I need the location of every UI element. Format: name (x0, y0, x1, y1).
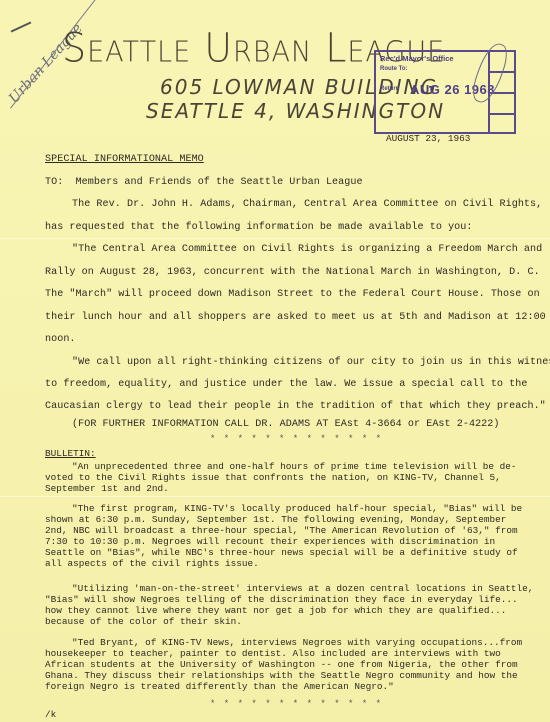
bulletin-p3-line: "Utilizing 'man-on-the-street' interview… (72, 583, 533, 594)
bulletin-p1-line: "An unprecedented three and one-half hou… (72, 461, 516, 472)
memo-heading: SPECIAL INFORMATIONAL MEMO (45, 154, 204, 165)
bulletin-p2-line: "The first program, KING-TV's locally pr… (72, 503, 522, 514)
bulletin-p2-line: all aspects of the civil rights issue. (45, 558, 259, 569)
to-recipients: Members and Friends of the Seattle Urban… (76, 177, 363, 188)
quote1-line: Rally on August 28, 1963, concurrent wit… (45, 267, 540, 278)
bulletin-p3-line: how they cannot live where they want nor… (45, 605, 506, 616)
bulletin-p4-line: housekeeper to teacher, painter to denti… (45, 648, 501, 659)
bulletin-p4-line: African students at the University of Wa… (45, 659, 518, 670)
bulletin-p1-line: September 1st and 2nd. (45, 483, 169, 494)
bulletin-p2-line: 7:30 to 10:30 p.m. Negroes will recount … (45, 536, 495, 547)
stamp-office: Rec'd Mayor's Office (380, 54, 454, 63)
end-separator-stars: * * * * * * * * * * * * * (210, 699, 383, 709)
bulletin-p4-line: foreign Negro is treated differently tha… (45, 681, 394, 692)
bulletin-p1-line: voted to the Civil Rights issue that con… (45, 472, 501, 483)
memo-page: Urban League Seattle Urban League 605 LO… (0, 0, 550, 722)
quote1-line: The "March" will proceed down Madison St… (45, 289, 540, 300)
memo-date: AUGUST 23, 1963 (386, 133, 470, 144)
bulletin-p4-line: "Ted Bryant, of KING-TV News, interviews… (72, 637, 522, 648)
bulletin-p3-line: because of the color of their skin. (45, 616, 242, 627)
bulletin-p3-line: "Bias" will show Negroes telling of the … (45, 594, 518, 605)
stamp-return: Return (380, 86, 399, 92)
quote2-line: to freedom, equality, and justice under … (45, 379, 527, 390)
quote1-line: "The Central Area Committee on Civil Rig… (72, 244, 542, 255)
typist-initials: /k (45, 709, 56, 720)
separator-stars: * * * * * * * * * * * * * (210, 434, 383, 444)
stamp-route-to: Route To: (380, 66, 408, 72)
quote1-line: their lunch hour and all shoppers are as… (45, 312, 546, 323)
quote2-line: Caucasian clergy to lead their people in… (45, 401, 546, 412)
intro-line-2: has requested that the following informa… (45, 222, 473, 233)
bulletin-p4-line: Ghana. They discuss their relationships … (45, 670, 518, 681)
quote2-line: "We call upon all right-thinking citizen… (72, 357, 550, 368)
paper-fold (0, 238, 550, 239)
bulletin-p2-line: Seattle on "Bias", while NBC's three-hou… (45, 547, 518, 558)
memo-to-line: TO: Members and Friends of the Seattle U… (45, 177, 363, 188)
pen-mark (11, 21, 32, 32)
bulletin-p2-line: shown at 6:30 p.m. Sunday, September 1st… (45, 514, 506, 525)
to-label: TO: (45, 177, 63, 188)
quote1-line: noon. (45, 334, 76, 345)
contact-info: (FOR FURTHER INFORMATION CALL DR. ADAMS … (72, 419, 500, 430)
intro-line-1: The Rev. Dr. John H. Adams, Chairman, Ce… (72, 199, 542, 210)
bulletin-p2-line: 2nd, NBC will broadcast a three-hour spe… (45, 525, 518, 536)
paper-fold (0, 496, 550, 497)
bulletin-label: BULLETIN: (45, 448, 96, 459)
